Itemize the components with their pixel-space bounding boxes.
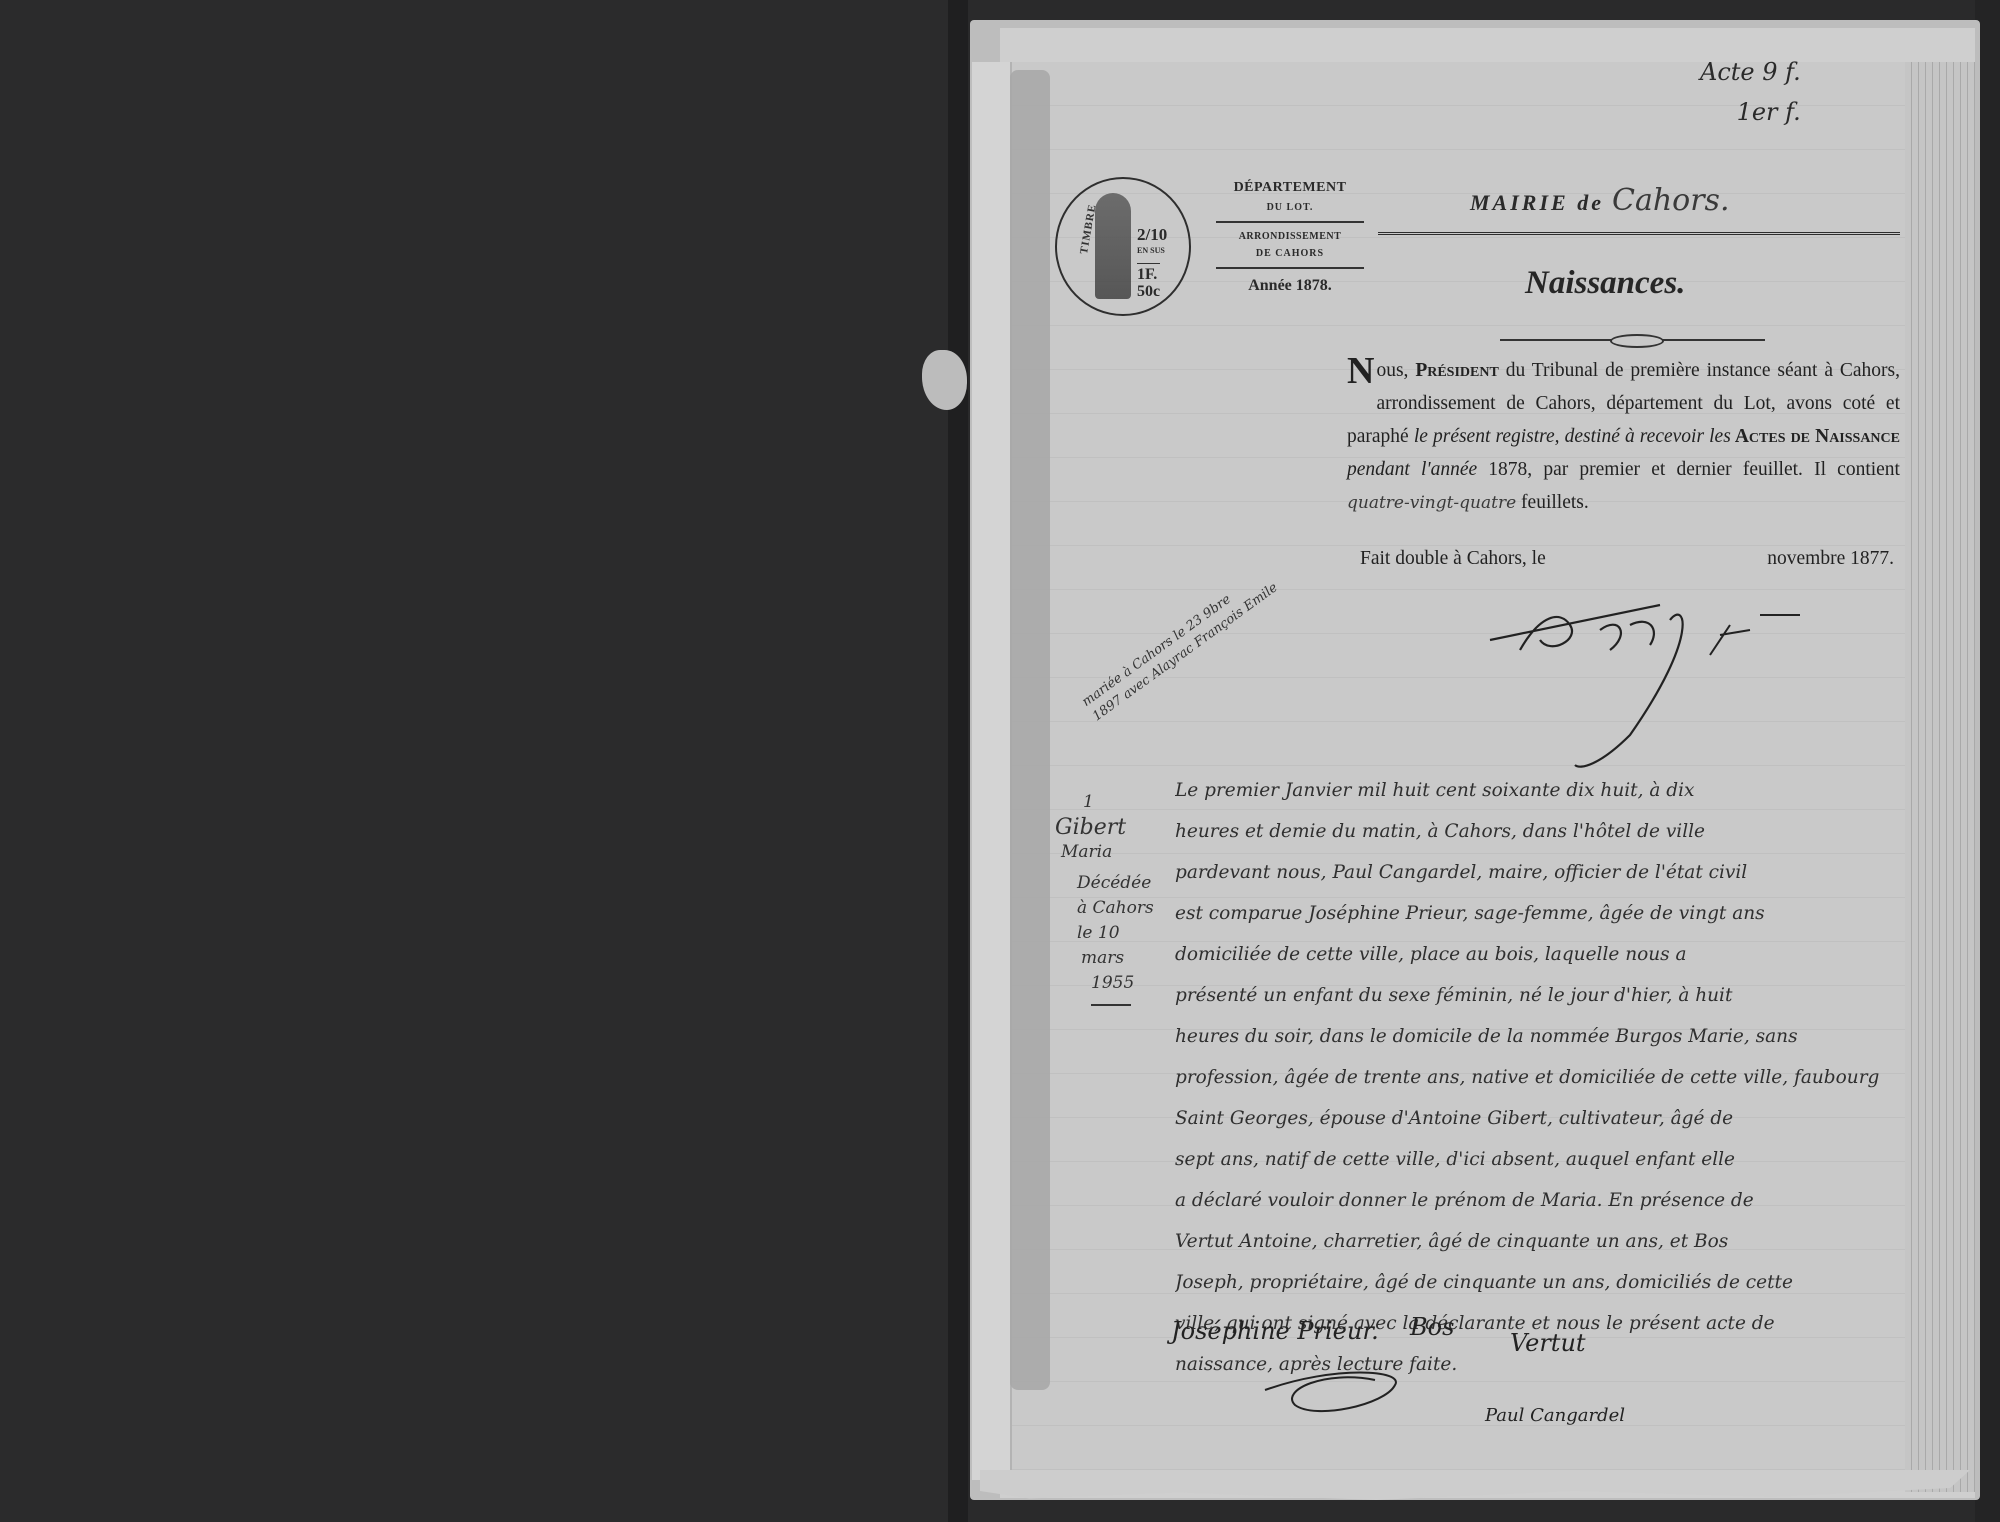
stamp-franc: 1F. <box>1137 266 1160 283</box>
preamble-part: ous, <box>1376 360 1415 381</box>
department-block: DÉPARTEMENT DU LOT. ARRONDISSEMENT DE CA… <box>1210 180 1370 295</box>
death-note-line: Décédée <box>1055 871 1165 896</box>
preamble-part: feuillets. <box>1516 492 1589 513</box>
birth-record-text: Le premier Janvier mil huit cent soixant… <box>1175 770 1895 1385</box>
record-line: Le premier Janvier mil huit cent soixant… <box>1175 770 1895 811</box>
record-line: a déclaré vouloir donner le prénom de Ma… <box>1175 1180 1895 1221</box>
preamble-italic: le présent registre, destiné à recevoir … <box>1414 426 1731 447</box>
ornament-divider <box>1500 337 1765 343</box>
record-line: Saint Georges, épouse d'Antoine Gibert, … <box>1175 1098 1895 1139</box>
stamp-value-bottom: 1F. 50c <box>1137 263 1160 300</box>
record-line: profession, âgée de trente ans, native e… <box>1175 1057 1895 1098</box>
mairie-label: MAIRIE de <box>1470 190 1604 215</box>
preamble-italic: pendant l'année <box>1347 459 1477 480</box>
double-rule <box>1378 232 1900 235</box>
stamp-cents: 50c <box>1137 283 1160 300</box>
record-line: est comparue Joséphine Prieur, sage-femm… <box>1175 893 1895 934</box>
page-title: Naissances. <box>1525 265 1685 302</box>
folio-note: Acte 9 f. 1er f. <box>1700 52 1801 132</box>
record-line: présenté un enfant du sexe féminin, né l… <box>1175 975 1895 1016</box>
preamble-actes: Actes de Naissance <box>1731 426 1900 447</box>
record-line: Joseph, propriétaire, âgé de cinquante u… <box>1175 1262 1895 1303</box>
justice-figure-icon <box>1095 193 1131 299</box>
preamble-president: Président <box>1415 360 1499 381</box>
divider <box>1216 221 1364 223</box>
death-note-line: mars <box>1055 946 1165 971</box>
preamble-part: 1878, par premier et dernier feuillet. I… <box>1477 459 1900 480</box>
tax-stamp-icon: TIMBRE 2/10 EN SUS 1F. 50c <box>1055 177 1191 316</box>
signatures-block: Joséphine Prieur. Bos Vertut Paul Cangar… <box>1165 1305 1865 1465</box>
death-note-line: 1955 <box>1055 971 1165 996</box>
mairie-heading: MAIRIE deCahors. <box>1470 183 1729 218</box>
stamp-value-top-fraction: 10 <box>1150 225 1167 244</box>
stamp-value-top: 2/10 EN SUS <box>1137 227 1167 259</box>
record-line: pardevant nous, Paul Cangardel, maire, o… <box>1175 852 1895 893</box>
stamp-value-top-sub: EN SUS <box>1137 243 1167 259</box>
binding-strip <box>972 62 1012 1480</box>
margin-note: 1 Gibert Maria Décédée à Cahors le 10 ma… <box>1055 790 1165 1006</box>
mairie-town: Cahors. <box>1612 183 1730 218</box>
handwritten-leaf-count: quatre-vingt-quatre <box>1347 493 1516 513</box>
arrondissement-label: ARRONDISSEMENT <box>1210 231 1370 242</box>
record-line: domiciliée de cette ville, place au bois… <box>1175 934 1895 975</box>
signature-witness-1: Bos <box>1410 1313 1454 1341</box>
signature-flourish-icon <box>1255 1360 1555 1430</box>
book-cover-left <box>0 0 948 1522</box>
divider <box>1216 267 1364 269</box>
annee-label: Année 1878. <box>1210 277 1370 295</box>
margin-dash <box>1091 1004 1131 1006</box>
signature-witness-2: Vertut <box>1510 1329 1586 1357</box>
stamp-value-top-number: 2 <box>1137 225 1146 244</box>
fait-left: Fait double à Cahors, le <box>1360 548 1546 569</box>
fait-double-line: Fait double à Cahors, le novembre 1877. <box>1360 548 1900 570</box>
du-lot-label: DU LOT. <box>1210 202 1370 213</box>
death-note-line: à Cahors <box>1055 896 1165 921</box>
acte-number: 1 <box>1055 790 1165 815</box>
record-line: sept ans, natif de cette ville, d'ici ab… <box>1175 1139 1895 1180</box>
book-gutter <box>948 0 968 1522</box>
folio-line-2: 1er f. <box>1700 92 1801 132</box>
water-stain <box>1010 70 1050 1390</box>
departement-label: DÉPARTEMENT <box>1210 180 1370 196</box>
death-note-line: le 10 <box>1055 921 1165 946</box>
preamble-text: Nous, Président du Tribunal de première … <box>1347 354 1900 520</box>
page-edges <box>1905 62 1975 1492</box>
record-line: heures du soir, dans le domicile de la n… <box>1175 1016 1895 1057</box>
signature-declarante: Joséphine Prieur. <box>1171 1317 1379 1345</box>
president-signature-icon <box>1480 595 1860 770</box>
de-cahors-label: DE CAHORS <box>1210 248 1370 259</box>
dropcap: N <box>1347 354 1374 388</box>
margin-surname: Gibert <box>1055 815 1165 840</box>
record-line: Vertut Antoine, charretier, âgé de cinqu… <box>1175 1221 1895 1262</box>
folio-line-1: Acte 9 f. <box>1700 52 1801 92</box>
record-line: heures et demie du matin, à Cahors, dans… <box>1175 811 1895 852</box>
fait-date: novembre 1877. <box>1767 548 1894 570</box>
margin-given-name: Maria <box>1055 840 1165 865</box>
